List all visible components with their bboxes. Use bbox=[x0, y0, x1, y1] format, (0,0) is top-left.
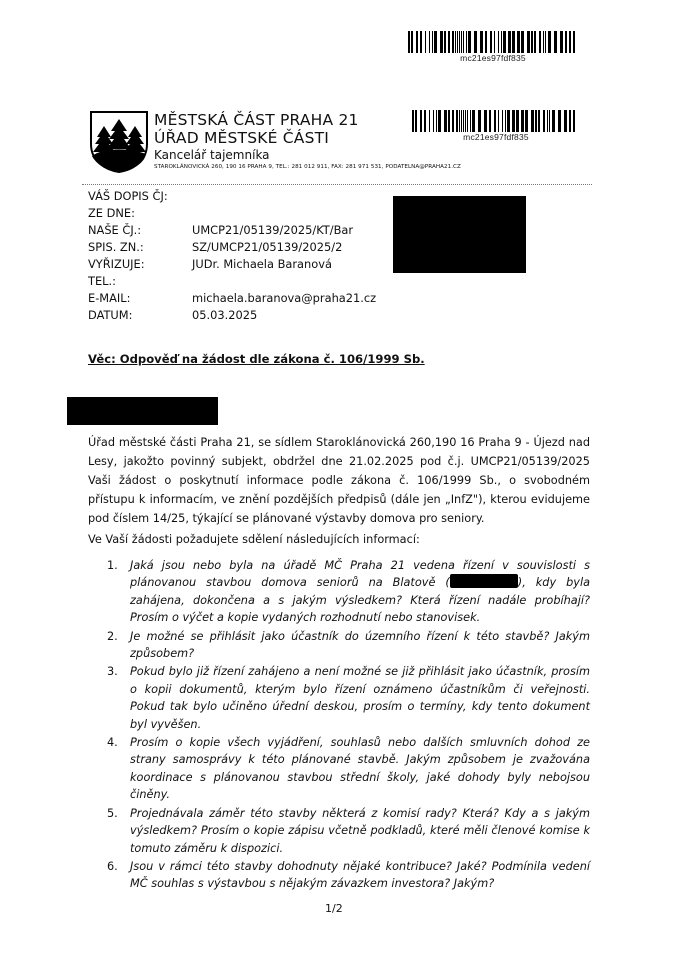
question-item: 4. Prosím o kopie všech vyjádření, souhl… bbox=[107, 734, 590, 804]
header-divider bbox=[82, 184, 592, 185]
meta-value-datum: 05.03.2025 bbox=[192, 307, 257, 324]
meta-label-vas-dopis: VÁŠ DOPIS ČJ: bbox=[88, 188, 168, 205]
department-name: Kancelář tajemníka bbox=[154, 148, 270, 163]
meta-label-vyrizuje: VYŘIZUJE: bbox=[88, 256, 145, 273]
question-text: Jsou v rámci této stavby dohodnuty nějak… bbox=[130, 860, 590, 890]
barcode-top-label: mc21es97fdf835 bbox=[408, 53, 578, 63]
question-item: 2. Je možné se přihlásit jako účastník d… bbox=[107, 628, 590, 663]
questions-list: 1. Jaká jsou nebo byla na úřadě MČ Praha… bbox=[107, 557, 590, 894]
meta-value-email: michaela.baranova@praha21.cz bbox=[192, 290, 376, 307]
meta-label-spis-zn: SPIS. ZN.: bbox=[88, 239, 144, 256]
question-number: 6. bbox=[107, 858, 118, 875]
question-item: 6. Jsou v rámci této stavby dohodnuty ně… bbox=[107, 858, 590, 893]
meta-label-email: E-MAIL: bbox=[88, 290, 130, 307]
question-number: 1. bbox=[107, 557, 118, 574]
redacted-recipient-address bbox=[393, 196, 526, 273]
question-number: 5. bbox=[107, 805, 118, 822]
question-number: 2. bbox=[107, 628, 118, 645]
question-item: 3. Pokud bylo již řízení zahájeno a není… bbox=[107, 663, 590, 733]
meta-label-nase-cj: NAŠE ČJ.: bbox=[88, 222, 141, 239]
redacted-location bbox=[450, 574, 518, 588]
meta-label-datum: DATUM: bbox=[88, 307, 132, 324]
meta-label-tel: TEL.: bbox=[88, 273, 116, 290]
question-text: Projednávala záměr této stavby některá z… bbox=[130, 807, 590, 855]
barcode-top-bars bbox=[408, 31, 578, 53]
org-name-line1: MĚSTSKÁ ČÁST PRAHA 21 bbox=[154, 111, 359, 130]
question-text: Je možné se přihlásit jako účastník do ú… bbox=[130, 630, 590, 660]
question-text: Pokud bylo již řízení zahájeno a není mo… bbox=[130, 665, 590, 730]
page-number: 1/2 bbox=[325, 902, 343, 915]
question-number: 3. bbox=[107, 663, 118, 680]
body-paragraph: Úřad městské části Praha 21, se sídlem S… bbox=[88, 433, 590, 528]
barcode-header-label: mc21es97fdf835 bbox=[412, 132, 580, 142]
questions-intro: Ve Vaší žádosti požadujete sdělení násle… bbox=[88, 531, 420, 548]
barcode-header-bars bbox=[412, 110, 580, 132]
barcode-header: mc21es97fdf835 bbox=[412, 110, 580, 142]
org-address: STAROKLÁNOVICKÁ 260, 190 16 PRAHA 9, TEL… bbox=[154, 163, 461, 171]
letter-subject: Věc: Odpověď na žádost dle zákona č. 106… bbox=[88, 352, 425, 366]
meta-value-nase-cj: UMCP21/05139/2025/KT/Bar bbox=[192, 222, 353, 239]
question-item: 1. Jaká jsou nebo byla na úřadě MČ Praha… bbox=[107, 557, 590, 627]
barcode-top: mc21es97fdf835 bbox=[408, 31, 578, 63]
meta-value-vyrizuje: JUDr. Michaela Baranová bbox=[192, 256, 332, 273]
question-number: 4. bbox=[107, 734, 118, 751]
question-item: 5. Projednávala záměr této stavby někter… bbox=[107, 805, 590, 857]
coat-of-arms-icon bbox=[88, 110, 150, 174]
meta-label-ze-dne: ZE DNE: bbox=[88, 205, 135, 222]
redacted-salutation bbox=[67, 397, 218, 425]
question-text: Prosím o kopie všech vyjádření, souhlasů… bbox=[130, 736, 590, 801]
org-name-line2: ÚŘAD MĚSTSKÉ ČÁSTI bbox=[154, 129, 329, 148]
meta-value-spis-zn: SZ/UMCP21/05139/2025/2 bbox=[192, 239, 342, 256]
